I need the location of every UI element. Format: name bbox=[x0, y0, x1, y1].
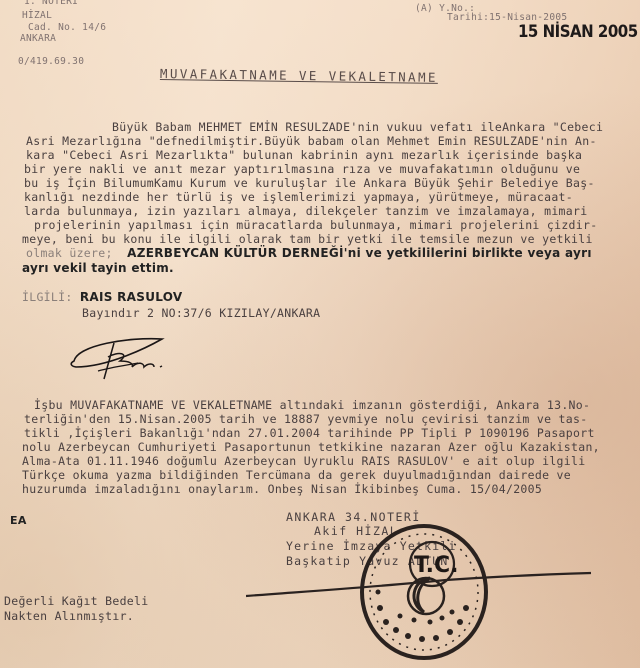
ilgili-name: RAIS RASULOV bbox=[80, 290, 183, 304]
body-line-9: meye, beni bu konu ile ilgili olarak tam… bbox=[22, 232, 593, 246]
ilgili-address: Bayındır 2 NO:37/6 KIZILAY/ANKARA bbox=[82, 306, 320, 320]
body-line-8: projelerinin yapılması için müracatlarda… bbox=[34, 218, 597, 232]
ilgili-block: İLGİLİ: RAIS RASULOV bbox=[22, 290, 183, 304]
body-line-1: Büyük Babam MEHMET EMİN RESULZADE'nin vu… bbox=[112, 120, 603, 134]
cert-line-1: İşbu MUVAFAKATNAME VE VEKALETNAME altınd… bbox=[34, 398, 590, 412]
notary-header-office: 1. NOTERİ bbox=[24, 0, 78, 7]
document-title: MUVAFAKATNAME VE VEKALETNAME bbox=[160, 66, 438, 85]
body-line-7: larda bulunmaya, izin yazıları almaya, d… bbox=[24, 204, 587, 218]
body-line-10-bold: AZERBEYCAN KÜLTÜR DERNEĞİ'ni ve yetkilil… bbox=[127, 246, 592, 260]
ilgili-label: İLGİLİ: bbox=[22, 290, 73, 304]
cert-line-6: Türkçe okuma yazma bildiğinden Tercümana… bbox=[22, 468, 571, 482]
cert-line-7: huzurumda imzaladığını onaylarım. Onbeş … bbox=[22, 482, 542, 496]
cert-line-4: nolu Azerbeycan Cumhuriyeti Pasaportunun… bbox=[22, 440, 600, 454]
body-line-3: kara "Cebeci Asri Mezarlıkta" bulunan ka… bbox=[26, 148, 582, 162]
body-line-4: bir yere nakli ve anıt mezar yaptırılmas… bbox=[24, 162, 580, 176]
initials: EA bbox=[10, 514, 27, 527]
body-line-2: Asri Mezarlığına "defnedilmiştir.Büyük b… bbox=[26, 134, 597, 148]
body-line-5: bu iş İçin BilumumKamu Kurum ve kuruluşl… bbox=[24, 176, 595, 190]
notary-header-name: HİZAL bbox=[22, 10, 52, 21]
cert-line-3: tikli ,İçişleri Bakanlığı'ndan 27.01.200… bbox=[24, 426, 595, 440]
cert-line-2: terliğin'den 15.Nisan.2005 tarih ve 1888… bbox=[24, 412, 587, 426]
date-stamp: 15 NİSAN 2005 bbox=[518, 21, 638, 42]
official-seal-stamp: T.C. bbox=[352, 512, 492, 662]
notary-header-city: ANKARA bbox=[20, 33, 56, 44]
body-line-10: olmak üzere; AZERBEYCAN KÜLTÜR DERNEĞİ'n… bbox=[26, 246, 592, 260]
body-final-line: ayrı vekil tayin ettim. bbox=[22, 261, 174, 275]
fee-note-line-1: Değerli Kağıt Bedeli bbox=[4, 594, 148, 608]
notary-header-address: Cad. No. 14/6 bbox=[28, 22, 106, 33]
notary-header-phone: 0/419.69.30 bbox=[18, 56, 84, 67]
signature-scribble bbox=[68, 333, 198, 383]
body-line-6: kanlığı nezdinde her türlü iş ve işlemle… bbox=[24, 190, 573, 204]
fee-note-line-2: Nakten Alınmıştır. bbox=[4, 609, 134, 623]
cert-line-5: Alma-Ata 01.11.1946 doğumlu Azerbeycan U… bbox=[22, 454, 585, 468]
seal-text: T.C. bbox=[414, 553, 459, 578]
body-line-10-prefix: olmak üzere; bbox=[26, 246, 113, 260]
document-page: 1. NOTERİ HİZAL Cad. No. 14/6 ANKARA 0/4… bbox=[0, 0, 640, 668]
